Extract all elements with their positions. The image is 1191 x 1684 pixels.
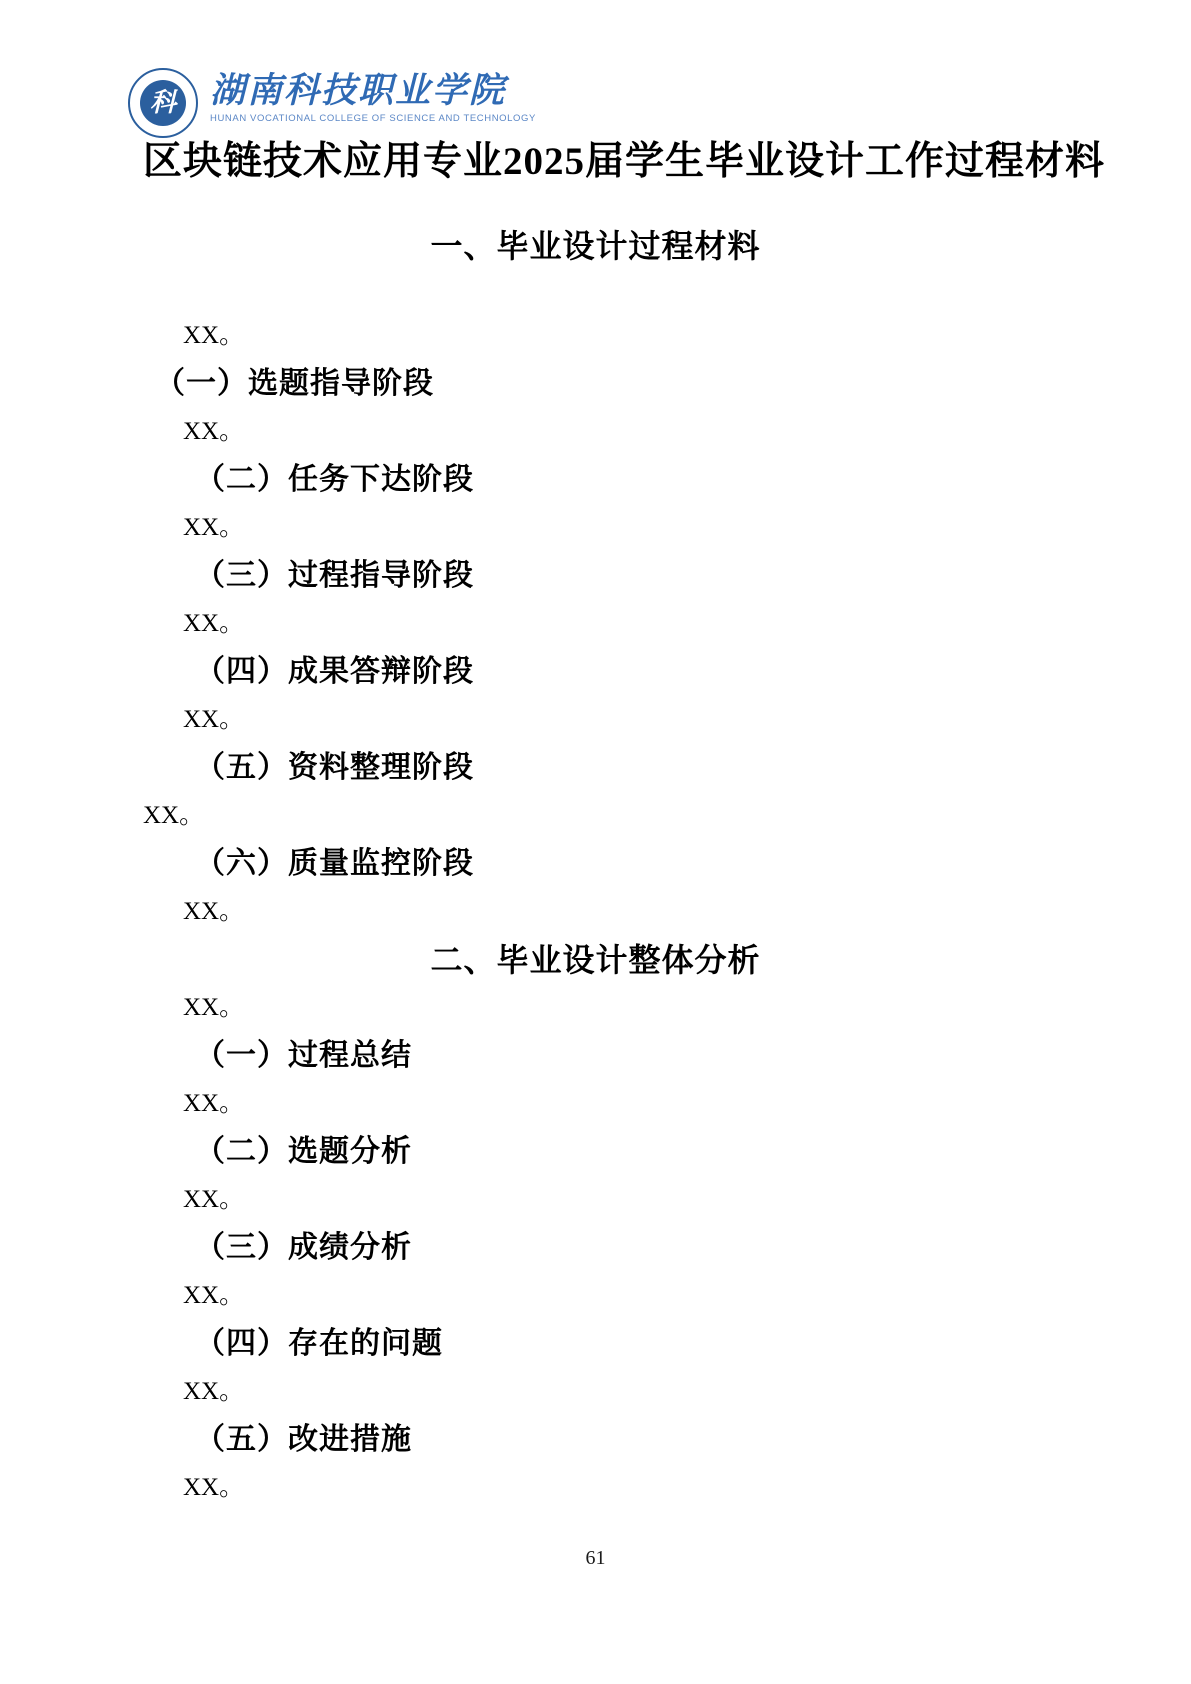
- college-logo: 科 湖南科技职业学院 HUNAN VOCATIONAL COLLEGE OF S…: [128, 0, 1191, 138]
- paragraph: XX。: [143, 696, 1048, 744]
- paragraph: XX。: [143, 504, 1048, 552]
- subsection-heading: （四）成果答辩阶段: [195, 648, 1048, 696]
- subsection-heading: （六）质量监控阶段: [195, 840, 1048, 888]
- paragraph: XX。: [143, 792, 1048, 840]
- paragraph: XX。: [143, 312, 1048, 360]
- college-name-english: HUNAN VOCATIONAL COLLEGE OF SCIENCE AND …: [210, 112, 536, 125]
- paragraph: XX。: [143, 1176, 1048, 1224]
- subsection-heading: （二）任务下达阶段: [195, 456, 1048, 504]
- paragraph: XX。: [143, 408, 1048, 456]
- page-footer: 61: [143, 1546, 1048, 1570]
- subsection-heading: （五）改进措施: [195, 1416, 1048, 1464]
- paragraph: XX。: [143, 600, 1048, 648]
- paragraph: XX。: [143, 984, 1048, 1032]
- document-body: 一、毕业设计过程材料XX。（一）选题指导阶段XX。（二）任务下达阶段XX。（三）…: [143, 222, 1048, 1512]
- page-number: 61: [586, 1547, 606, 1569]
- subsection-heading: （一）选题指导阶段: [155, 360, 1048, 408]
- subsection-heading: （二）选题分析: [195, 1128, 1048, 1176]
- section-heading: 一、毕业设计过程材料: [143, 222, 1048, 270]
- subsection-heading: （四）存在的问题: [195, 1320, 1048, 1368]
- paragraph: XX。: [143, 1080, 1048, 1128]
- subsection-heading: （五）资料整理阶段: [195, 744, 1048, 792]
- paragraph: XX。: [143, 1272, 1048, 1320]
- college-name-block: 湖南科技职业学院 HUNAN VOCATIONAL COLLEGE OF SCI…: [210, 68, 536, 125]
- subsection-heading: （三）过程指导阶段: [195, 552, 1048, 600]
- college-emblem-icon: 科: [128, 68, 198, 138]
- document-page: 科 湖南科技职业学院 HUNAN VOCATIONAL COLLEGE OF S…: [0, 0, 1191, 1684]
- paragraph: XX。: [143, 888, 1048, 936]
- document-title: 区块链技术应用专业2025届学生毕业设计工作过程材料: [143, 140, 1048, 184]
- subsection-heading: （三）成绩分析: [195, 1224, 1048, 1272]
- document-content: 区块链技术应用专业2025届学生毕业设计工作过程材料 一、毕业设计过程材料XX。…: [0, 140, 1191, 1570]
- emblem-glyph: 科: [140, 80, 186, 126]
- section-heading: 二、毕业设计整体分析: [143, 936, 1048, 984]
- subsection-heading: （一）过程总结: [195, 1032, 1048, 1080]
- paragraph: XX。: [143, 1368, 1048, 1416]
- college-name-chinese: 湖南科技职业学院: [210, 70, 536, 112]
- paragraph: XX。: [143, 1464, 1048, 1512]
